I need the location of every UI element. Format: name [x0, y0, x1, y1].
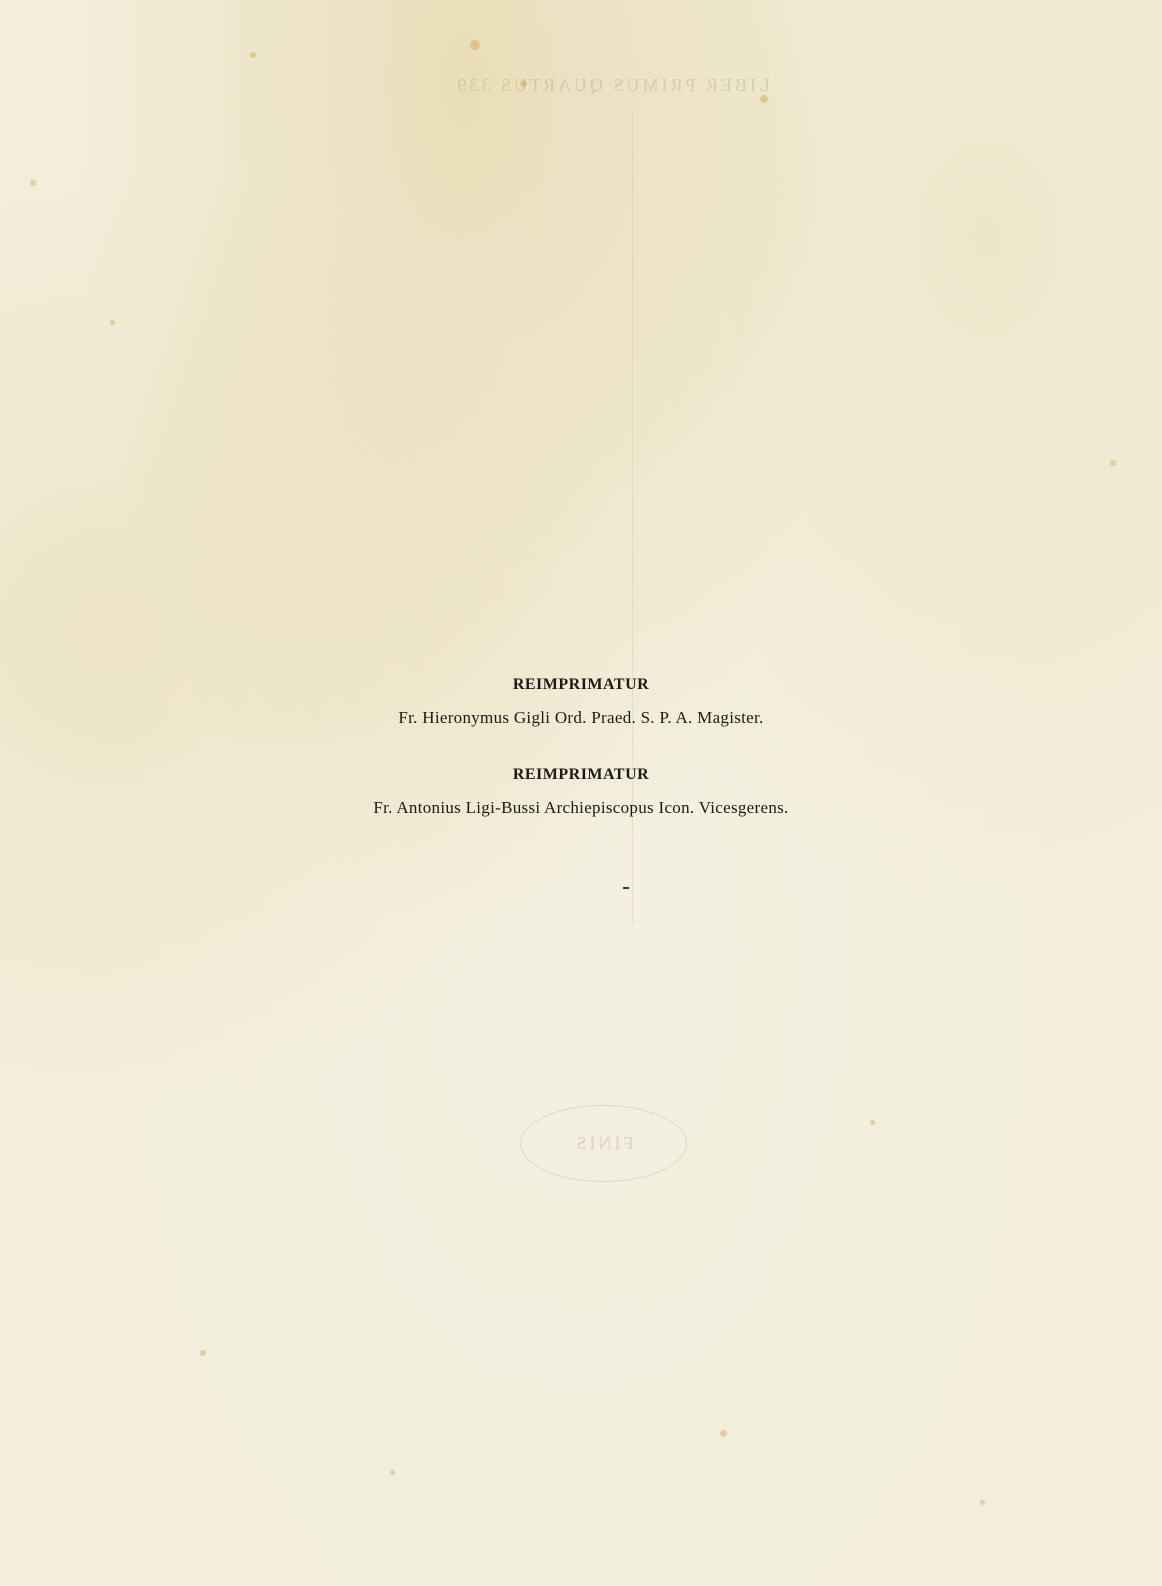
imprimatur-signatory-2: Fr. Antonius Ligi-Bussi Archiepiscopus I…	[0, 798, 1162, 818]
foxing-spot	[250, 52, 256, 58]
foxing-spot	[390, 1470, 395, 1475]
foxing-spot	[200, 1350, 206, 1356]
foxing-spot	[1110, 460, 1116, 466]
foxing-spot	[870, 1120, 875, 1125]
imprimatur-signatory-1: Fr. Hieronymus Gigli Ord. Praed. S. P. A…	[0, 708, 1162, 728]
imprimatur-heading-1: REIMPRIMATUR	[0, 676, 1162, 694]
finis-ornament: FINIS	[520, 1105, 687, 1182]
document-page: LIBER PRIMUS QUARTUS 339 REIMPRIMATUR Fr…	[0, 0, 1162, 1586]
show-through-header: LIBER PRIMUS QUARTUS 339	[210, 75, 770, 96]
foxing-spot	[980, 1500, 985, 1505]
imprimatur-heading-2: REIMPRIMATUR	[0, 766, 1162, 784]
foxing-spot	[30, 180, 36, 186]
foxing-spot	[110, 320, 115, 325]
foxing-spot	[470, 40, 480, 50]
dash-mark	[623, 887, 629, 889]
foxing-spot	[720, 1430, 727, 1437]
finis-ornament-text: FINIS	[574, 1133, 634, 1154]
foxing-spot	[760, 95, 768, 103]
